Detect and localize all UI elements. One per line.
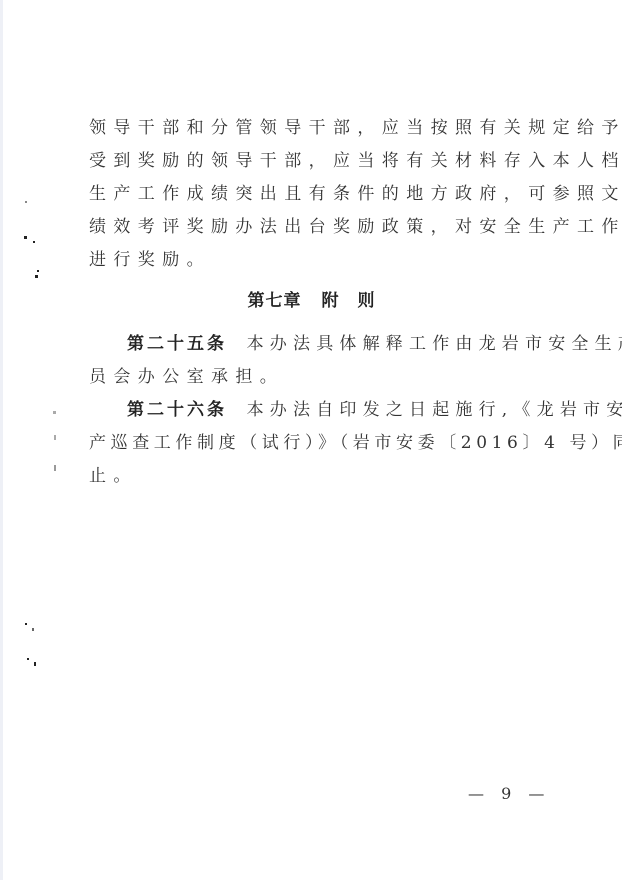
text-line: 领导干部和分管领导干部，应当按照有关规定给予奖励。对 — [89, 112, 534, 145]
chapter-heading: 第七章附 则 — [89, 285, 534, 318]
text-line: 受到奖励的领导干部，应当将有关材料存入本人档案。安全 — [89, 145, 534, 178]
scan-speck — [25, 201, 27, 203]
article-heading: 第二十五条 — [127, 334, 227, 354]
page-number: — 9 — — [468, 784, 550, 803]
text-line: 第二十五条 本办法具体解释工作由龙岩市安全生产委 — [89, 328, 534, 361]
scan-speck — [53, 411, 56, 414]
scan-speck — [33, 241, 35, 243]
chapter-title: 附 则 — [322, 291, 376, 311]
article-25: 第二十五条 本办法具体解释工作由龙岩市安全生产委 员会办公室承担。 — [89, 328, 534, 394]
scan-speck — [24, 236, 27, 239]
scan-speck — [25, 623, 27, 625]
scan-speck — [27, 658, 29, 660]
article-heading: 第二十六条 — [127, 400, 227, 420]
scan-speck — [54, 465, 56, 471]
article-text: 本办法自印发之日起施行,《龙岩市安全生 — [247, 400, 622, 420]
chapter-number: 第七章 — [248, 291, 302, 311]
document-page: 领导干部和分管领导干部，应当按照有关规定给予奖励。对 受到奖励的领导干部，应当将… — [89, 112, 534, 493]
text-line: 绩效考评奖励办法出台奖励政策，对安全生产工作有功人员 — [89, 211, 534, 244]
article-text: 本办法具体解释工作由龙岩市安全生产委 — [247, 334, 622, 354]
text-line: 员会办公室承担。 — [89, 361, 534, 394]
text-line: 产巡查工作制度（试行）》（岩市安委〔2016〕4 号）同时废 — [89, 427, 534, 460]
scan-speck — [32, 628, 34, 631]
scan-speck — [35, 275, 38, 278]
scan-speck — [34, 662, 36, 666]
text-line: 生产工作成绩突出且有条件的地方政府，可参照文明单位、 — [89, 178, 534, 211]
article-26: 第二十六条 本办法自印发之日起施行,《龙岩市安全生 产巡查工作制度（试行）》（岩… — [89, 394, 534, 493]
text-line: 进行奖励。 — [89, 244, 534, 277]
paragraph-continued: 领导干部和分管领导干部，应当按照有关规定给予奖励。对 受到奖励的领导干部，应当将… — [89, 112, 534, 277]
text-line: 止。 — [89, 460, 534, 493]
text-line: 第二十六条 本办法自印发之日起施行,《龙岩市安全生 — [89, 394, 534, 427]
scan-speck — [37, 270, 39, 272]
scan-edge — [0, 0, 3, 880]
scan-speck — [54, 435, 56, 440]
